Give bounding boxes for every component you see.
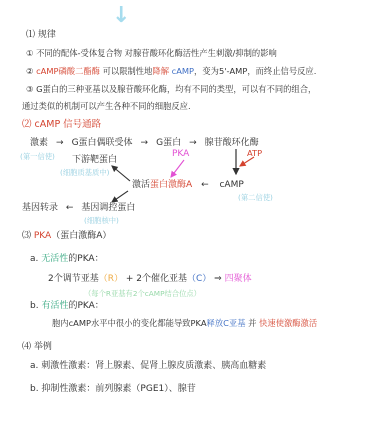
rule-2-mid: 可以限制性地 [100, 66, 152, 76]
pka-active-detail: 胞内cAMP水平中很小的变化都能导致PKA释放C亚基 并 快速使激酶激活 [52, 318, 317, 328]
nucleus-note: (细胞核中) [84, 216, 119, 225]
r-tag: （R） [99, 274, 123, 284]
r-subunit-note: （每个R亚基有2个cAMP结合位点） [84, 289, 201, 298]
implies-arrow-icon: ⇒ [211, 274, 224, 284]
pka-subunit-formula: 2个调节亚基（R） + 2个催化亚基（C） ⇒ 四聚体 [48, 274, 252, 285]
rule-2-camp: cAMP [169, 66, 194, 76]
active-state-label: 有活性 [41, 301, 68, 311]
pka-heading-name: （蛋白激酶A） [51, 231, 111, 241]
rule-item-3-line2: 通过类似的机制可以产生各种不同的细胞反应. [22, 101, 191, 111]
rule-item-3-line1: ③ G蛋白的三种亚基以及腺苷酸环化酶，均有不同的类型，可以有不同的组合， [26, 84, 316, 94]
cytosol-note: (细胞质基质中) [60, 168, 109, 177]
pathway-row-1: 激素 → G蛋白偶联受体 → G蛋白 → 腺苷酸环化酶 [30, 138, 259, 149]
down-arrow-icon: ↓ [112, 2, 130, 30]
pathway-row-3: 基因转录 ← 基因调控蛋白 [22, 203, 135, 214]
arrow-right-icon: → [189, 138, 197, 149]
section-rules-heading: ⑴ 规律 [26, 30, 56, 41]
protein-kinase-a-label: 蛋白激酶A [150, 180, 192, 190]
pka-pointer-arrow [171, 160, 184, 177]
example-inhibitory: b. 抑制性激素：前列腺素（PGE1）、腺苷 [30, 384, 196, 395]
active-detail-effect: 快速使激酶激活 [259, 318, 317, 328]
section-camp-pathway-heading: ⑵ cAMP 信号通路 [22, 119, 101, 131]
item-a-label: a. [30, 254, 41, 264]
gene-regulatory-protein-label: 基因调控蛋白 [81, 203, 135, 213]
downstream-target-label: 下游靶蛋白 [72, 155, 117, 166]
active-detail-text: 胞内cAMP水平中很小的变化都能导致PKA [52, 318, 207, 328]
pka-annotation: PKA [172, 149, 189, 160]
arrow-right-icon: → [56, 138, 64, 149]
pka-active-line: b. 有活性的PKA： [30, 301, 104, 312]
notebook-page: ↓ ⑴ 规律 ① 不同的配体-受体复合物 对腺苷酸环化酶活性产生刺激/抑制的影响… [0, 0, 374, 422]
first-messenger-note: (第一信使) [20, 152, 55, 161]
pka-heading-abbr: PKA [34, 231, 51, 241]
active-detail-join: 并 [246, 318, 260, 328]
pathway-hormone: 激素 [30, 138, 48, 149]
pka-heading-number: ⑶ [22, 231, 34, 241]
pka-to-downstream-arrow [112, 166, 130, 181]
pathway-g-protein: G蛋白 [156, 138, 181, 149]
example-stimulatory: a. 刺激性激素：肾上腺素、促肾上腺皮质激素、胰高血糖素 [30, 361, 266, 372]
pka-to-gene-regulatory-arrow [112, 191, 128, 202]
second-messenger-note: (第二信使) [238, 193, 273, 202]
rule-item-2: ② cAMP磷酸二酯酶 可以限制性地降解 cAMP，变为5'-AMP，而终止信号… [26, 66, 316, 76]
gene-transcription-label: 基因转录 [22, 203, 58, 213]
item-b-label: b. [30, 301, 41, 311]
inactive-state-label: 无活性 [41, 254, 68, 264]
inactive-rest: 的PKA： [68, 254, 103, 264]
rule-item-1: ① 不同的配体-受体复合物 对腺苷酸环化酶活性产生刺激/抑制的影响 [26, 48, 277, 58]
tetramer-label: 四聚体 [225, 274, 252, 284]
c-tag: （C） [187, 274, 211, 284]
rule-2-enzyme: cAMP磷酸二酯酶 [36, 66, 100, 76]
section-pka-heading: ⑶ PKA（蛋白激酶A） [22, 231, 111, 242]
activate-label: 激活 [132, 180, 150, 190]
atp-label: ATP [247, 148, 262, 158]
release-c-subunit: 释放C亚基 [207, 318, 246, 328]
pathway-row-2: 激活蛋白激酶A ← cAMP [132, 180, 244, 191]
arrow-left-icon: ← [66, 203, 74, 213]
arrow-left-icon: ← [201, 180, 209, 190]
plus-sign: + [123, 274, 136, 284]
rule-2-degrade: 降解 [152, 66, 169, 76]
catalytic-subunits: 2个催化亚基 [136, 274, 187, 284]
pka-inactive-line: a. 无活性的PKA： [30, 254, 104, 265]
arrow-right-icon: → [141, 138, 149, 149]
rule-2-number: ② [26, 66, 36, 76]
rule-2-rest: ，变为5'-AMP，而终止信号反应. [194, 66, 316, 76]
active-rest: 的PKA： [68, 301, 103, 311]
pathway-gpcr: G蛋白偶联受体 [72, 138, 133, 149]
section-examples-heading: ⑷ 举例 [22, 342, 52, 353]
regulatory-subunits: 2个调节亚基 [48, 274, 99, 284]
camp-label: cAMP [219, 180, 243, 190]
